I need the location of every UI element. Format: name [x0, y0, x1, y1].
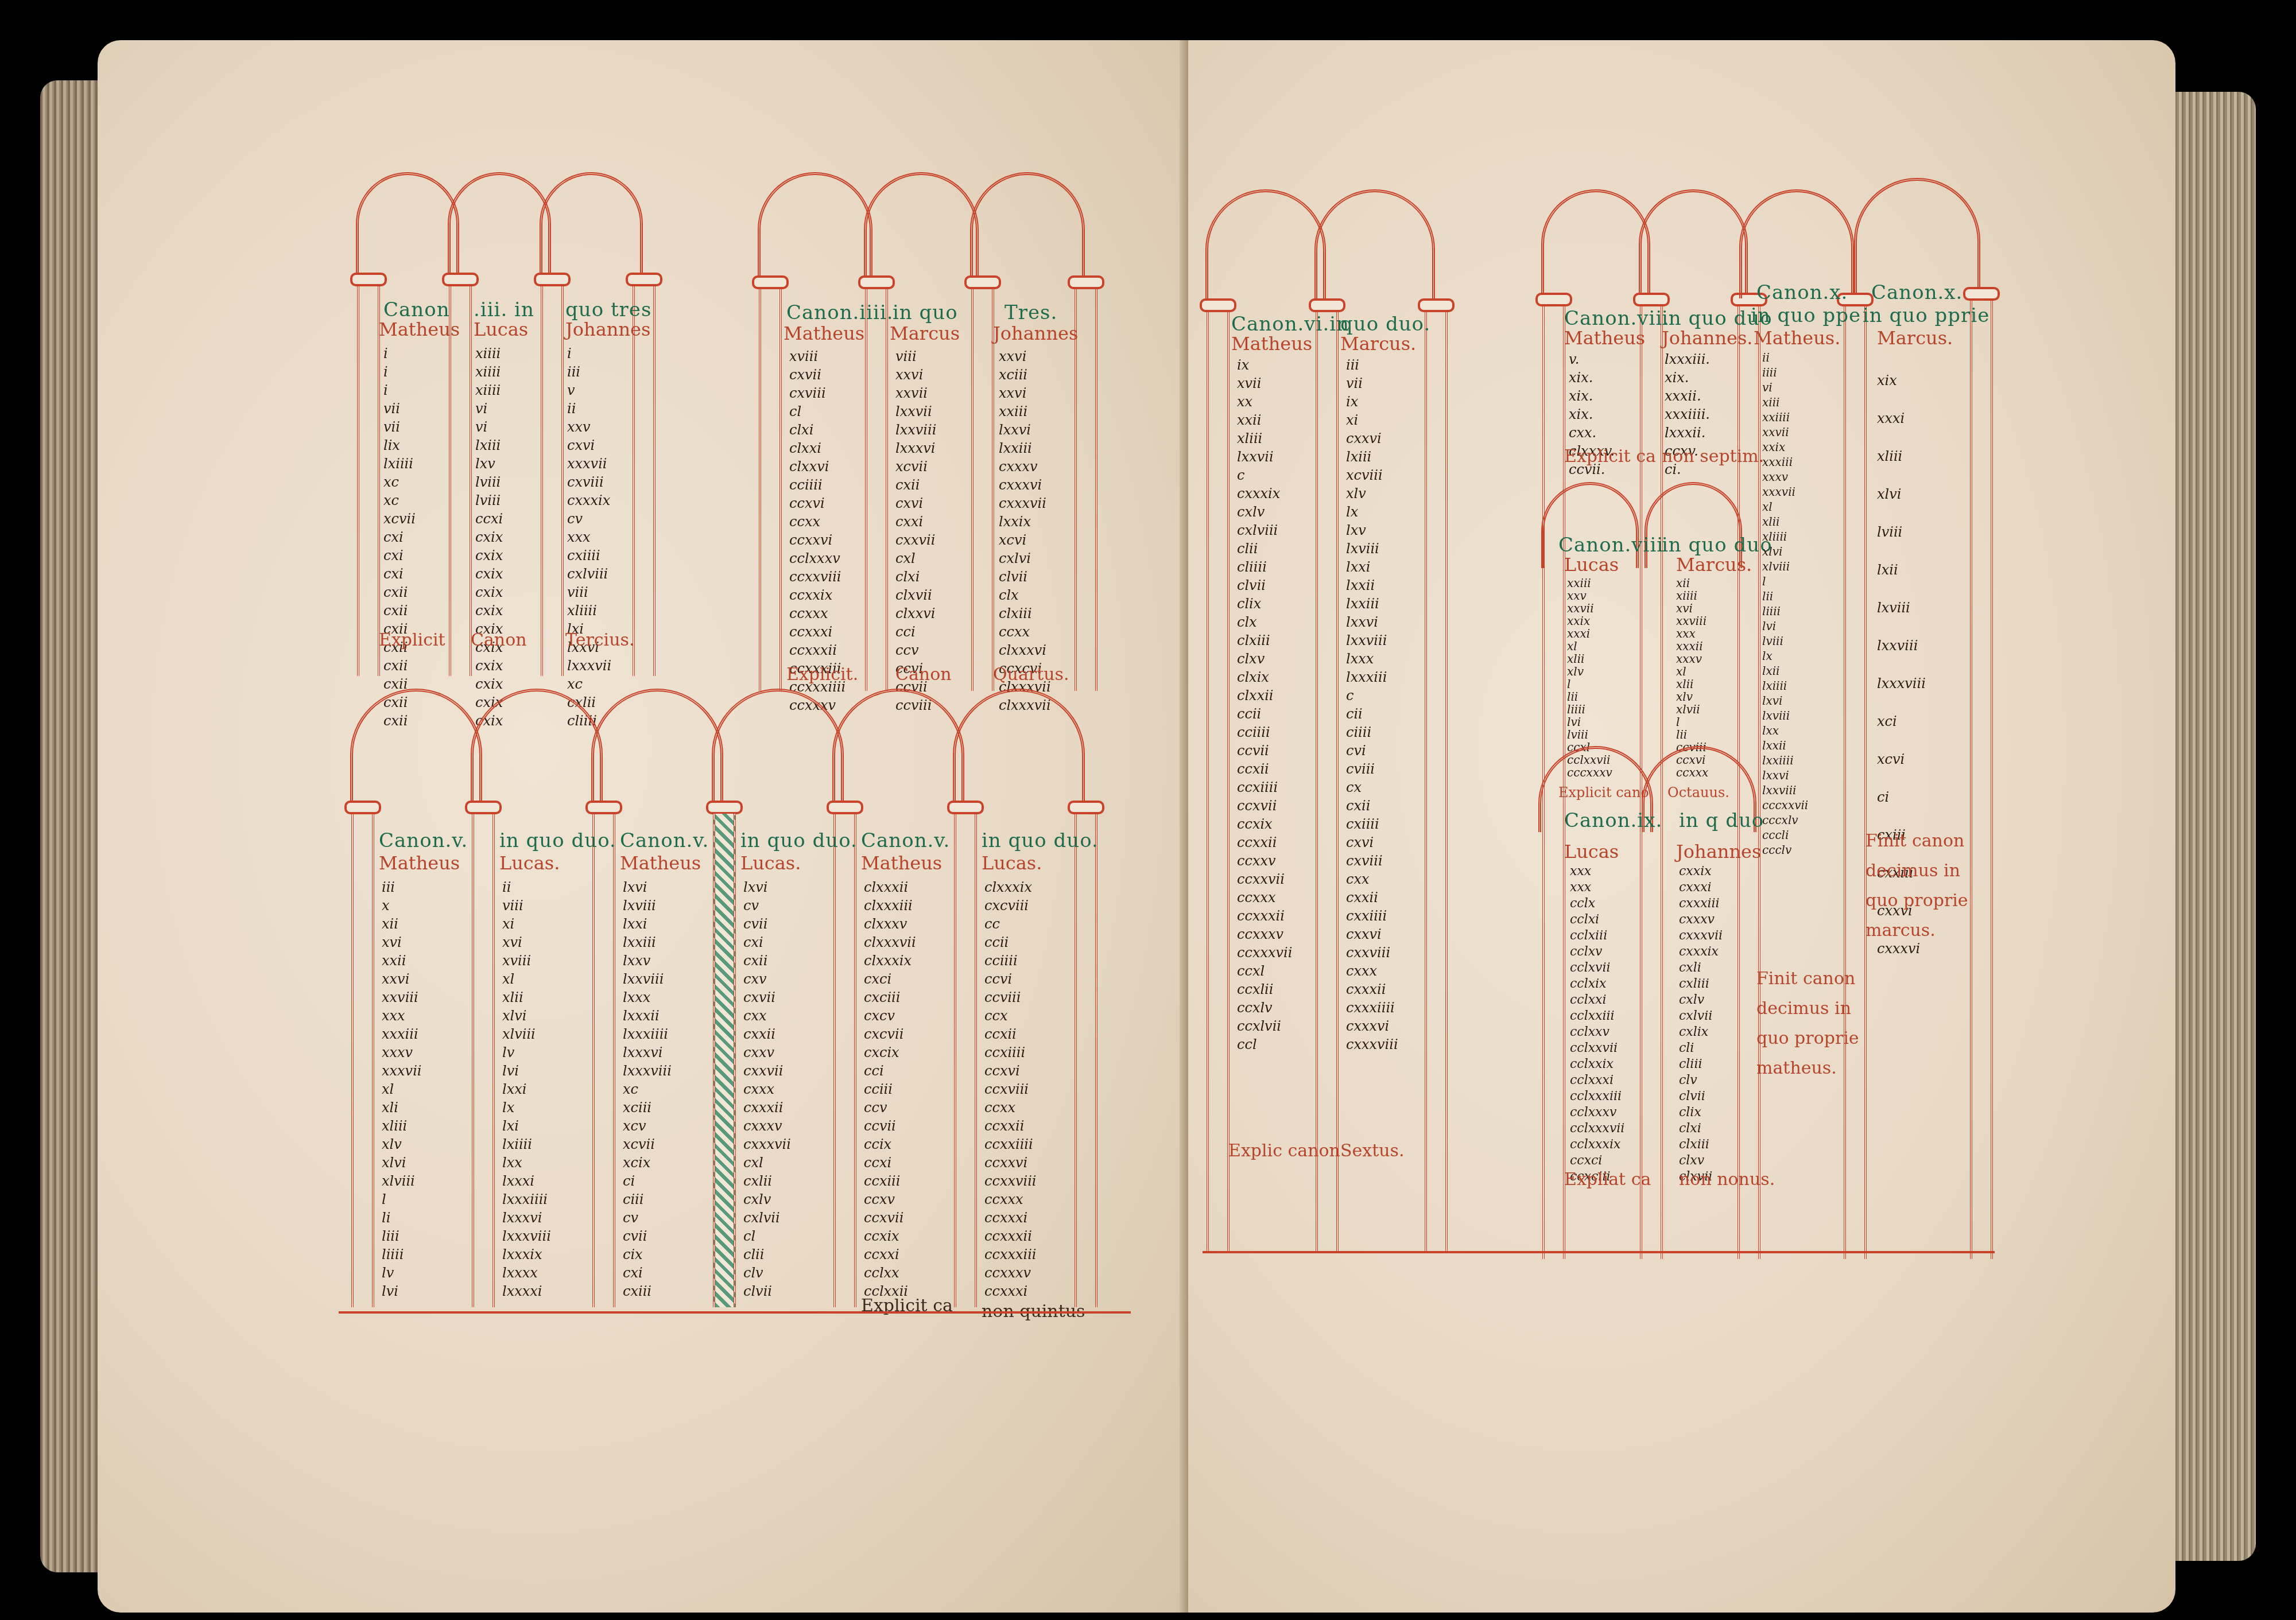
rubric-line: marcus. [1865, 916, 1968, 946]
evangelist-label: Matheus [861, 852, 942, 874]
arch [712, 689, 844, 803]
evangelist-label: Matheus [379, 318, 460, 340]
canon-heading: quo duo. [1340, 313, 1430, 336]
numeral-column: ii viii xi xvi xviii xl xlii xlvi xlviii… [502, 878, 551, 1300]
capital [1309, 298, 1345, 312]
arch [758, 172, 872, 281]
canon-heading: Tres. [1004, 301, 1057, 324]
capital [442, 273, 479, 286]
canon-4-arcade: Canon.iiii. in quo Tres. Matheus Marcus … [758, 172, 1114, 700]
pillar [633, 286, 656, 676]
pillar [1075, 289, 1097, 691]
pillar [351, 814, 374, 1307]
canon-9-arcade: Canon.ix. in q duo Lucas Johannes xxx xx… [1538, 746, 1756, 1251]
pillar [1316, 312, 1339, 1253]
canon-5-arcade: Canon.v. in quo duo. Canon.v. in quo duo… [350, 689, 1114, 1320]
numeral-column: i iii v ii xxv cxvi xxxvii cxviii cxxxix… [567, 344, 611, 730]
pillar [759, 289, 782, 691]
pillar [865, 289, 888, 691]
canon-heading: Canon.v. [861, 829, 950, 852]
capital [964, 275, 1001, 289]
pillar [833, 814, 856, 1307]
canon-heading: Canon.vi.in [1231, 313, 1349, 336]
canon-heading: in quo duo. [740, 829, 858, 852]
finit-rubric: Finit canon decimus in quo proprie mathe… [1756, 964, 1859, 1083]
numeral-column: xxx xxx cclx cclxi cclxiii cclxv cclxvii… [1570, 864, 1624, 1185]
canon-heading: in quo ppe [1751, 304, 1861, 327]
capital [585, 801, 622, 814]
explicit-rubric: Canon [895, 660, 952, 690]
capital [1068, 801, 1104, 814]
canon-heading: Canon.v. [379, 829, 468, 852]
canon-6-arcade: Canon.vi.in quo duo. Matheus Marcus. ix … [1205, 189, 1452, 1257]
numeral-column: viii xxvi xxvii lxxvii lxxviii lxxxvi xc… [895, 347, 936, 714]
arch [970, 172, 1085, 281]
explicit-rubric: Quartus. [993, 660, 1069, 690]
arch [1205, 189, 1326, 304]
capital [706, 801, 743, 814]
numeral-column: iii vii ix xi cxxvi lxiii xcviii xlv lx … [1346, 356, 1398, 1054]
capital [344, 801, 381, 814]
capital [465, 801, 502, 814]
evangelist-label: Matheus [1231, 333, 1312, 355]
canon-heading: in quo pprie [1863, 304, 1989, 327]
numeral-column: xxvi xciii xxvi xxiii lxxvi lxxiii cxxxv… [999, 347, 1051, 714]
arch [1541, 189, 1650, 298]
canon-heading: Canon.vii. [1564, 307, 1669, 330]
pillar [472, 814, 495, 1307]
pillar [592, 814, 615, 1307]
canon-heading: Canon [383, 298, 450, 321]
capital [947, 801, 984, 814]
explicit-rubric: Explicit ca [1564, 442, 1656, 472]
arch [1854, 178, 1980, 293]
arch [864, 172, 979, 281]
numeral-column: iii x xii xvi xxii xxvi xxviii xxx xxxii… [382, 878, 422, 1300]
evangelist-label: Lucas [474, 318, 528, 340]
pillar [541, 286, 564, 676]
canon-3-arcade: Canon .iii. in quo tres Matheus Lucas Jo… [356, 172, 677, 677]
capital [626, 273, 662, 286]
evangelist-label: Marcus. [1340, 333, 1416, 355]
numeral-column: lxvi lxviii lxxi lxxiii lxxv lxxviii lxx… [623, 878, 672, 1300]
finit-rubric: Finit canon decimus in quo proprie marcu… [1865, 826, 1968, 946]
numeral-column: i i i vii vii lix lxiiii xc xc xcvii cxi… [383, 344, 416, 730]
capital [1963, 287, 2000, 301]
arch [591, 689, 723, 803]
capital [1068, 275, 1104, 289]
pillar [1207, 312, 1230, 1253]
pillar [1425, 312, 1448, 1253]
capital [1200, 298, 1236, 312]
explicit-rubric: Explic canon [1228, 1136, 1340, 1166]
numeral-column: xiiii xiiii xiiii vi vi lxiii lxv lviii … [475, 344, 503, 730]
evangelist-label: Lucas. [740, 852, 801, 874]
numeral-column: lxvi cv cvii cxi cxii cxv cxvii cxx cxxi… [743, 878, 791, 1300]
evangelist-label: Johannes [565, 318, 650, 340]
explicit-rubric: Explicit [379, 626, 445, 655]
rubric-line: decimus in [1756, 994, 1859, 1024]
left-page: Canon .iii. in quo tres Matheus Lucas Jo… [98, 40, 1188, 1613]
evangelist-label: Matheus [379, 852, 460, 874]
evangelist-label: Lucas [1564, 554, 1619, 576]
open-manuscript: Canon .iii. in quo tres Matheus Lucas Jo… [40, 40, 2256, 1601]
pillar [357, 286, 380, 676]
canon-heading: Canon.x. [1871, 281, 1963, 304]
canon-heading: in quo [893, 301, 958, 324]
canon-heading: Canon.ix. [1564, 809, 1662, 832]
rubric-line: Finit canon [1865, 826, 1968, 856]
arch [540, 172, 643, 275]
rubric-line: Finit canon [1756, 964, 1859, 994]
explicit-rubric: Sextus. [1340, 1136, 1405, 1166]
page-edges-right [2170, 92, 2256, 1561]
pillar [713, 814, 736, 1307]
capital [827, 801, 863, 814]
capital [752, 275, 789, 289]
evangelist-label: Matheus [620, 852, 701, 874]
canon-8-arcade: Canon.viii in quo duo Lucas Marcus. xxii… [1541, 482, 1748, 769]
pillar [954, 814, 977, 1307]
table-baseline [1203, 1251, 1995, 1253]
evangelist-label: Johannes [993, 323, 1078, 344]
canon-heading: in quo duo. [982, 829, 1099, 852]
arch [832, 689, 964, 803]
numeral-column: cxxix cxxxi cxxxiii cxxxv cxxxvii cxxxix… [1679, 864, 1723, 1185]
evangelist-label: Lucas. [982, 852, 1042, 874]
arch [448, 172, 551, 275]
canon-heading: Canon.iiii. [786, 301, 894, 324]
evangelist-label: Marcus [890, 323, 960, 344]
canon-heading: Canon.viii [1558, 534, 1663, 557]
pillar [1970, 301, 1993, 1259]
canon-heading: quo tres [565, 298, 651, 321]
capital [1633, 293, 1670, 306]
numeral-column: ix xvii xx xxii xliii lxxvii c cxxxix cx… [1237, 356, 1292, 1054]
rubric-line: quo proprie [1756, 1024, 1859, 1054]
explicit-rubric: Canon [471, 626, 527, 655]
right-page: Canon.vi.in quo duo. Matheus Marcus. ix … [1188, 40, 2175, 1613]
canon-heading: .iii. in [474, 298, 534, 321]
arch [1639, 189, 1748, 298]
evangelist-label: Matheus [784, 323, 864, 344]
evangelist-label: Matheus. [1754, 327, 1840, 349]
canon-7-arcade: Canon.vii. in quo duo Matheus Johannes. … [1541, 189, 1748, 488]
explicit-rubric: Tercius. [565, 626, 634, 655]
table-baseline [339, 1311, 1131, 1314]
canon-heading: Canon.v. [620, 829, 709, 852]
evangelist-label: Marcus. [1877, 327, 1953, 349]
capital [1418, 298, 1455, 312]
rubric-line: quo proprie [1865, 886, 1968, 916]
evangelist-label: Lucas [1564, 841, 1619, 863]
arch [953, 689, 1085, 803]
canon-heading: in quo duo. [499, 829, 616, 852]
capital [534, 273, 571, 286]
explicit-rubric: Explicit. [786, 660, 858, 690]
numeral-column: ii iiii vi xiii xxiiii xxvii xxix xxxiii… [1762, 350, 1808, 857]
capital [1535, 293, 1572, 306]
numeral-column: xviii cxvii cxviii cl clxi clxxi clxxvi … [789, 347, 846, 714]
numeral-column: clxxxix cxcviii cc ccii cciiii ccvi ccvi… [984, 878, 1037, 1300]
numeral-column: clxxxii clxxxiii clxxxv clxxxvii clxxxix… [864, 878, 916, 1300]
evangelist-label: Matheus [1564, 327, 1645, 349]
canon-10-matheus-arcade: Canon.x. in quo ppe Matheus. ii iiii vi … [1739, 189, 1854, 1257]
rubric-line: decimus in [1865, 856, 1968, 886]
evangelist-label: Lucas. [499, 852, 560, 874]
arch [471, 689, 603, 803]
capital [350, 273, 387, 286]
explicit-rubric: Explicit ca [861, 1291, 953, 1321]
arch [350, 689, 482, 803]
pillar [449, 286, 472, 676]
canon-heading: Canon.x. [1756, 281, 1848, 304]
capital [858, 275, 895, 289]
pillar [1075, 814, 1097, 1307]
explicit-rubric: Expliat ca [1564, 1165, 1651, 1195]
canon-10-marcus-arcade: Canon.x. in quo pprie Marcus. xix xxxi x… [1854, 189, 1986, 1257]
arch [356, 172, 459, 275]
rubric-line: matheus. [1756, 1054, 1859, 1083]
arch [1314, 189, 1435, 304]
pillar [971, 289, 994, 691]
